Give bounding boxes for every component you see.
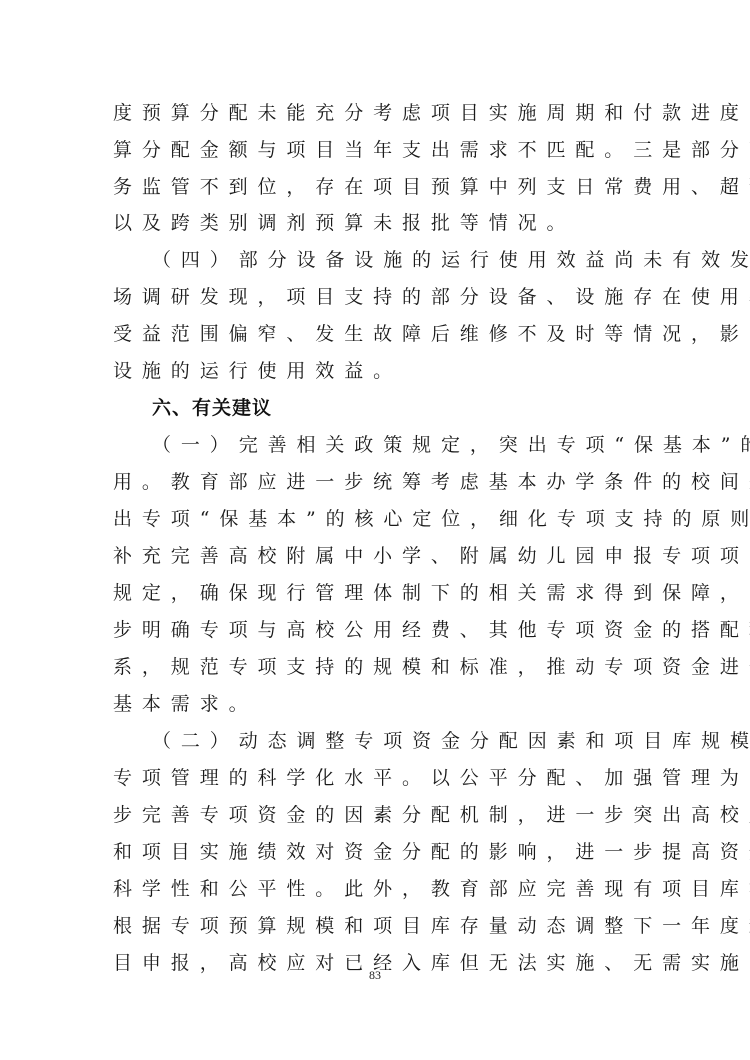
body-text-line: 补充完善高校附属中小学、附属幼儿园申报专项项目的政策 [113,538,750,575]
document-page: 度预算分配未能充分考虑项目实施周期和付款进度，年度预 算分配金额与项目当年支出需… [0,0,750,1060]
body-text-line: 算分配金额与项目当年支出需求不匹配。三是部分高校的财 [113,132,750,169]
body-text-line: 务监管不到位，存在项目预算中列支日常费用、超预算支出 [113,169,750,206]
body-text-line: 步明确专项与高校公用经费、其他专项资金的搭配和衔接关 [113,612,750,649]
body-text-line: 科学性和公平性。此外，教育部应完善现有项目库滚动规划， [113,871,750,908]
body-text-line: 步完善专项资金的因素分配机制，进一步突出高校财力状况 [113,797,750,834]
body-text-line: 规定，确保现行管理体制下的相关需求得到保障，同时进一 [113,575,750,612]
body-text-line: 出专项“保基本”的核心定位，细化专项支持的原则和范围。 [113,501,750,538]
section-heading: 六、有关建议 [152,390,272,427]
body-text-line: 根据专项预算规模和项目库存量动态调整下一年度新增项 [113,908,750,945]
body-text-line: 以及跨类别调剂预算未报批等情况。 [113,205,575,242]
body-text-line: 和项目实施绩效对资金分配的影响，进一步提高资金分配的 [113,834,750,871]
subsection-1-first-line: （一）完善相关政策规定，突出专项“保基本”的导向作 [152,427,750,464]
body-text-line: 场调研发现，项目支持的部分设备、设施存在使用率偏低、 [113,279,750,316]
page-number: 83 [0,968,750,983]
body-text-line: 用。教育部应进一步统筹考虑基本办学条件的校间差异，突 [113,464,750,501]
subsection-2-first-line: （二）动态调整专项资金分配因素和项目库规模，提高 [152,723,750,760]
subsection-4-first-line: （四）部分设备设施的运行使用效益尚未有效发挥。现 [152,242,750,279]
body-text-line: 基本需求。 [113,686,258,723]
body-text-line: 系，规范专项支持的规模和标准，推动专项资金进一步聚焦 [113,649,750,686]
body-text-line: 受益范围偏窄、发生故障后维修不及时等情况，影响了设备 [113,316,750,353]
body-text-line: 专项管理的科学化水平。以公平分配、加强管理为目标，逐 [113,760,750,797]
body-text-line: 度预算分配未能充分考虑项目实施周期和付款进度，年度预 [113,95,750,132]
body-text-line: 设施的运行使用效益。 [113,353,402,390]
